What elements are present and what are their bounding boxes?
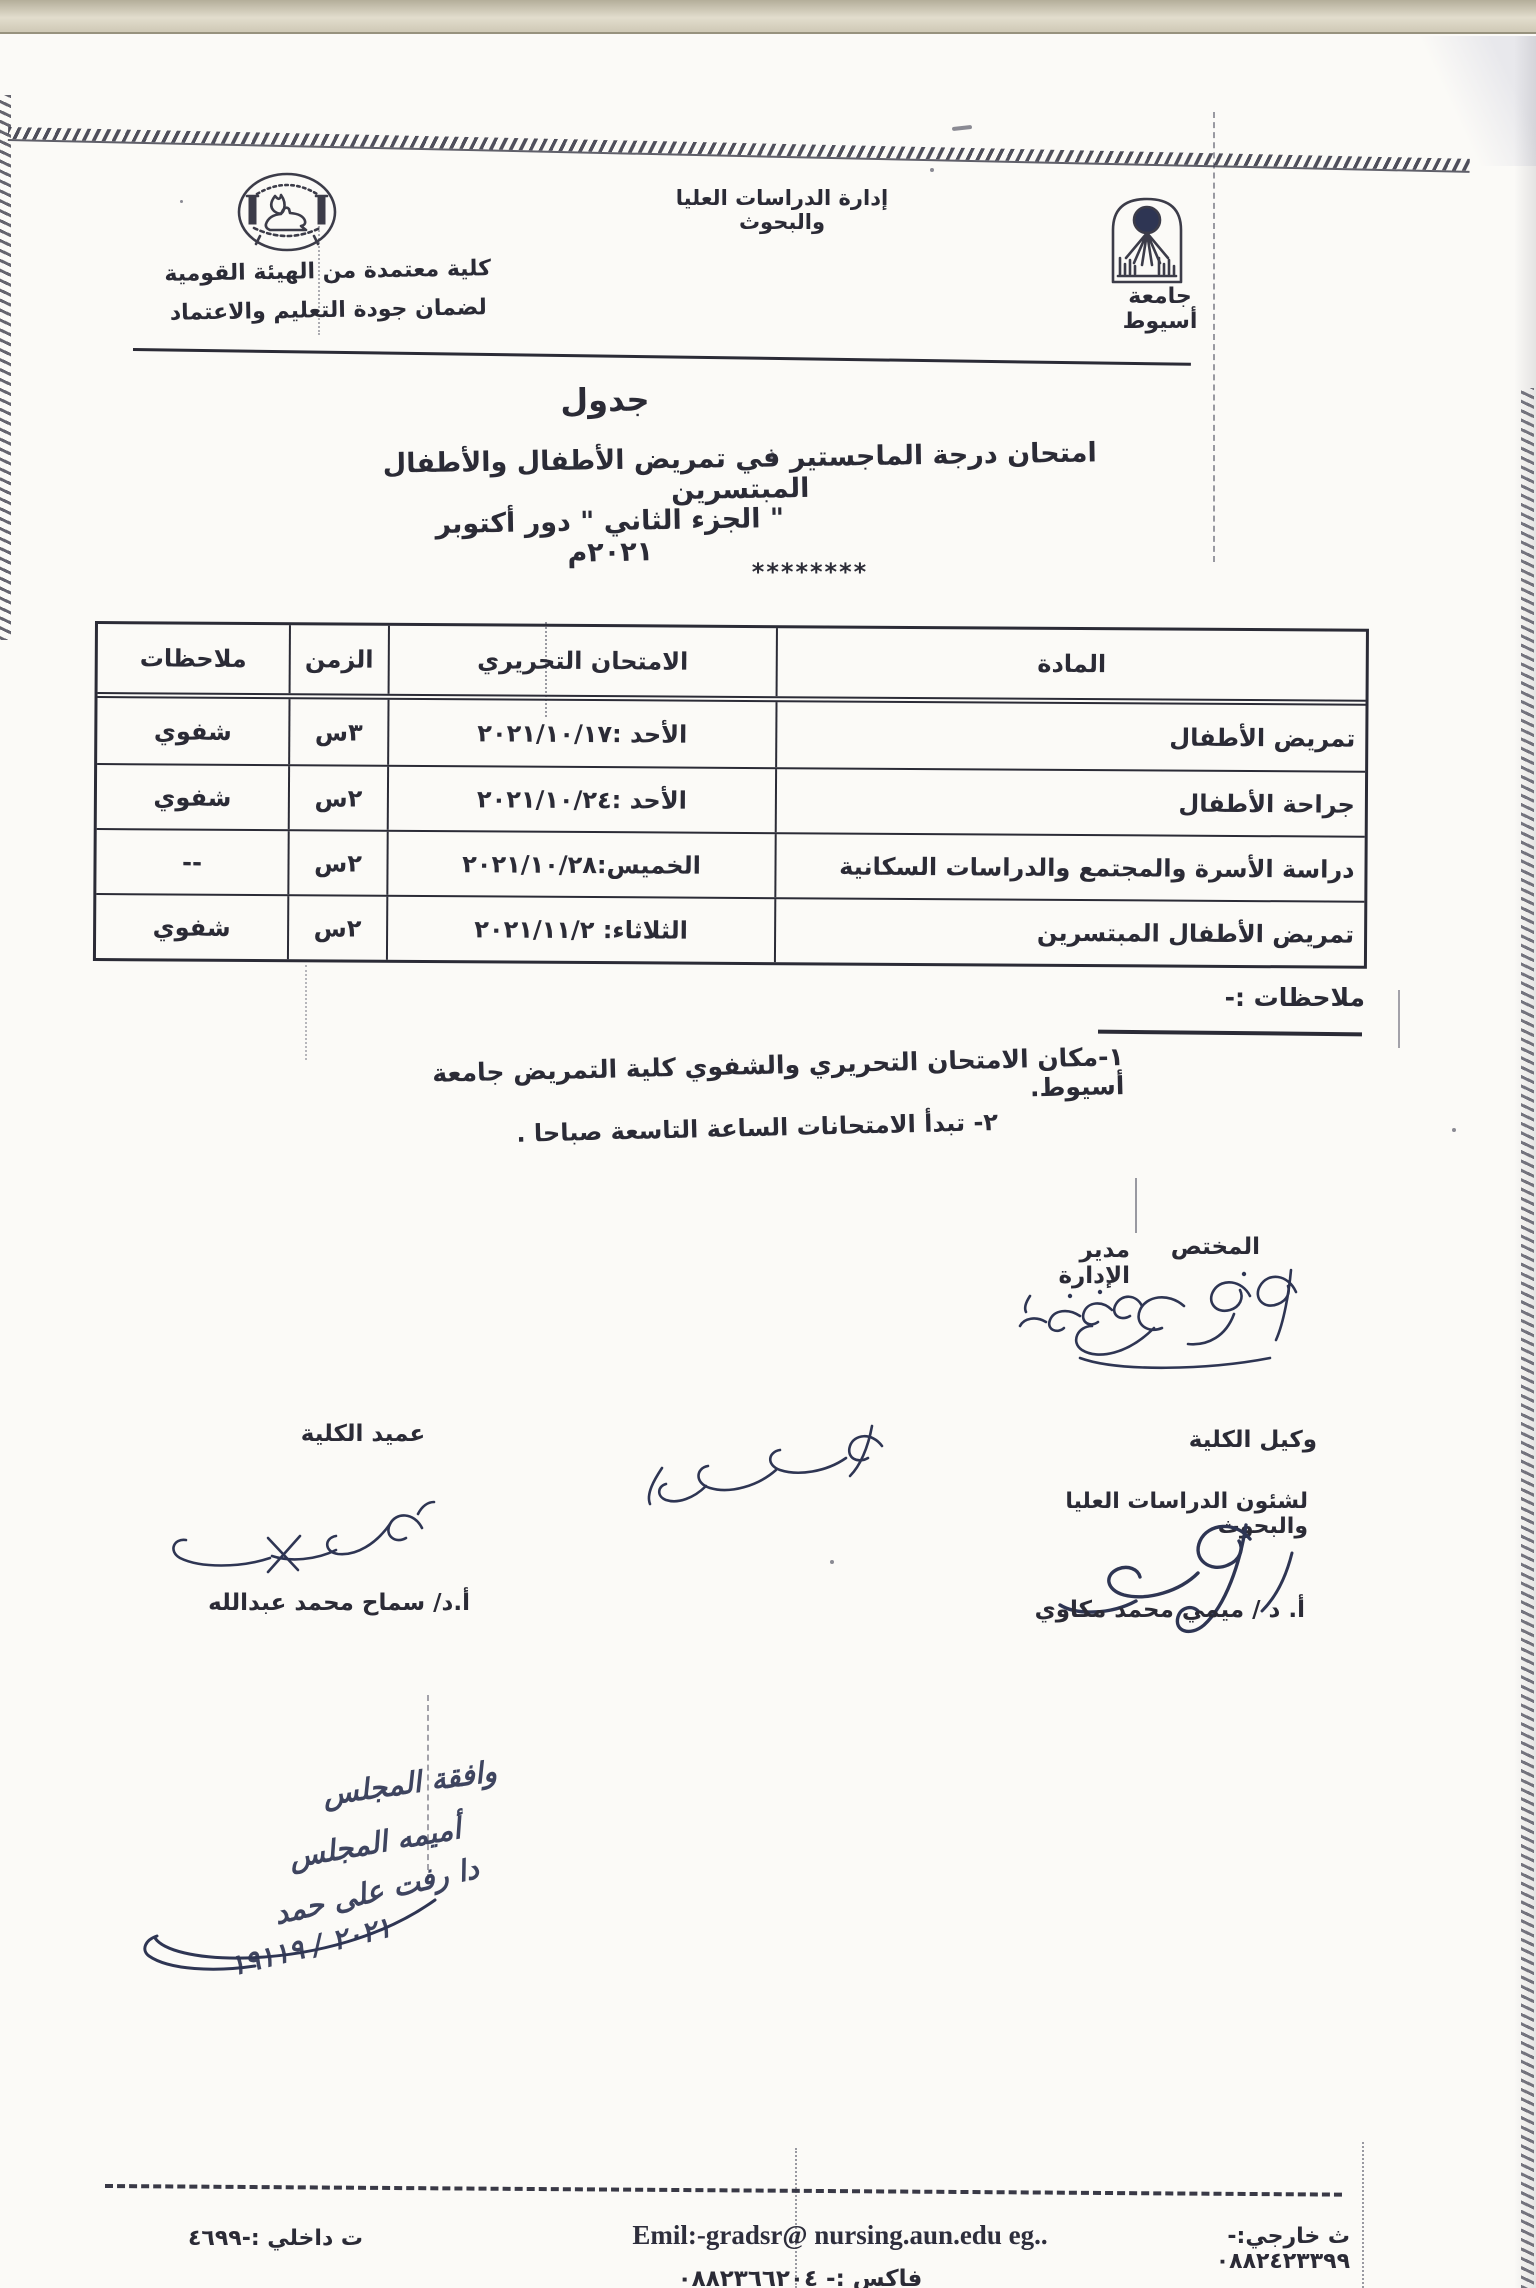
fold-line	[305, 965, 307, 1060]
vice-dean-label: وكيل الكلية	[1172, 1427, 1317, 1453]
signature-admin-director	[1000, 1282, 1150, 1340]
cell-written-exam: الخميس:٢٠٢١/١٠/٢٨	[386, 832, 774, 897]
notes-heading: ملاحظات :-	[1085, 983, 1365, 1012]
exam-title-line: امتحان درجة الماجستير في تمريض الأطفال و…	[322, 436, 1159, 511]
stars-separator: ********	[700, 558, 920, 586]
ink-speck	[1452, 1128, 1456, 1132]
cell-notes: شفوي	[96, 895, 287, 959]
perforation-edge-left	[0, 95, 11, 640]
ink-speck	[180, 200, 183, 203]
cell-written-exam: الأحد :٢٠٢١/١٠/١٧	[387, 700, 775, 767]
table-row: دراسة الأسرة والمجتمع والدراسات السكانية…	[96, 828, 1364, 901]
cell-written-exam: الثلاثاء: ٢٠٢١/١١/٢	[386, 897, 774, 962]
handwritten-swoosh-stroke	[135, 1878, 445, 1973]
cell-subject: تمريض الأطفال المبتسرين	[774, 899, 1364, 966]
email-address: Emil:-gradsr@ nursing.aun.edu eg..	[578, 2220, 1102, 2251]
cell-notes: شفوي	[97, 698, 288, 764]
column-header-notes: ملاحظات	[98, 624, 289, 693]
cell-subject: تمريض الأطفال	[775, 702, 1365, 771]
signature-vice-dean	[1040, 1513, 1310, 1643]
signature-dean	[150, 1488, 440, 1593]
cell-time: ٣س	[288, 699, 387, 765]
university-name: جامعة أسيوط	[1098, 284, 1222, 334]
accreditation-text: كلية معتمدة من الهيئة القومية لضمان جودة…	[127, 249, 528, 334]
ink-speck	[830, 1560, 834, 1564]
fold-line	[1398, 990, 1400, 1048]
fax-number: فاكس :- ٠٨٨٢٣٦٦٢٠٤	[600, 2266, 1000, 2288]
dean-label: عميد الكلية	[288, 1421, 438, 1447]
signature-council-annotation	[610, 1412, 900, 1507]
document-title: جدول	[505, 380, 706, 421]
accreditation-lamp-logo-icon	[236, 170, 338, 254]
perforation-edge-right	[1521, 388, 1534, 2288]
table-row: جراحة الأطفال الأحد :٢٠٢١/١٠/٢٤ ٢س شفوي	[97, 763, 1365, 836]
table-header-row: المادة الامتحان التحريري الزمن ملاحظات	[98, 624, 1366, 706]
cell-time: ٢س	[287, 896, 386, 960]
exam-schedule-table: المادة الامتحان التحريري الزمن ملاحظات ت…	[93, 621, 1369, 969]
external-phone: ث خارجي:- ٠٨٨٢٤٢٣٣٩٩	[1090, 2224, 1350, 2274]
cell-subject: جراحة الأطفال	[775, 769, 1365, 836]
dean-name: أ.د/ سماح محمد عبدالله	[185, 1590, 470, 1616]
department-title: إدارة الدراسات العليا والبحوث	[632, 186, 932, 234]
scanner-edge-strip	[0, 0, 1536, 34]
column-header-subject: المادة	[776, 628, 1366, 700]
accreditation-line2: لضمان جودة التعليم والاعتماد	[128, 288, 529, 334]
vice-dean-name: أ. د / ميمي محمد مكاوي	[1015, 1597, 1305, 1623]
fold-line	[1135, 1178, 1137, 1233]
cell-written-exam: الأحد :٢٠٢١/١٠/٢٤	[387, 767, 775, 832]
cell-subject: دراسة الأسرة والمجتمع والدراسات السكانية	[774, 834, 1364, 901]
table-row: تمريض الأطفال الأحد :٢٠٢١/١٠/١٧ ٣س شفوي	[97, 698, 1365, 771]
internal-phone: ت داخلي :-٤٦٩٩	[113, 2226, 363, 2251]
column-header-time: الزمن	[289, 625, 388, 694]
specialist-label: المختص	[1170, 1234, 1260, 1260]
fold-line	[1362, 2142, 1364, 2288]
table-row: تمريض الأطفال المبتسرين الثلاثاء: ٢٠٢١/١…	[96, 893, 1364, 966]
cell-notes: --	[96, 830, 287, 894]
cell-time: ٢س	[288, 766, 387, 830]
ink-speck	[930, 168, 934, 172]
assiut-university-logo-icon	[1107, 192, 1187, 286]
cell-time: ٢س	[287, 831, 386, 895]
scanned-document: { "header": { "left": { "logo": "accredi…	[0, 0, 1536, 2288]
cell-notes: شفوي	[97, 765, 288, 829]
fold-line	[1213, 112, 1215, 562]
column-header-written-exam: الامتحان التحريري	[388, 626, 776, 696]
